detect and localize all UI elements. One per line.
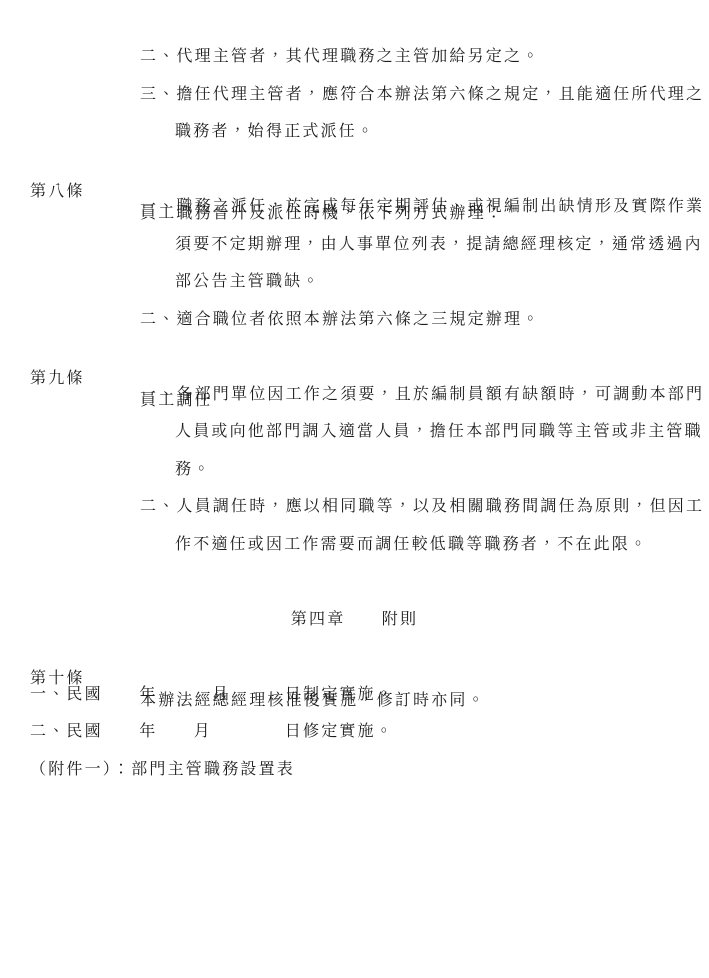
article-10-line: 第十條 本辦法經總經理核准後實施，修訂時亦同。 (0, 646, 709, 668)
enactment-date-line: 一、民國 年 月 日制定實施。 (30, 684, 394, 706)
clause-line-acting-manager-pay: 二、代理主管者，其代理職務之主管加給另定之。 (140, 46, 540, 68)
clause-line-appointment-timing: 一、職務之派任，於完成每年定期評估、或視編制出缺情形及實際作業 (140, 196, 704, 218)
article-9-number: 第九條 (30, 368, 85, 390)
clause-line-same-grade-transfer: 二、人員調任時，應以相同職等，以及相關職務間調任為原則，但因工 (140, 496, 704, 518)
document-page: 二、代理主管者，其代理職務之主管加給另定之。 三、擔任代理主管者，應符合本辦法第… (0, 0, 709, 978)
clause-line-department-transfer: 一、各部門單位因工作之須要，且於編制員額有缺額時，可調動本部門 (140, 384, 704, 406)
clause-line-continuation: 務。 (175, 459, 211, 481)
clause-line-continuation: 人員或向他部門調入適當人員，擔任本部門同職等主管或非主管職 (175, 421, 703, 443)
chapter-4-heading: 第四章 附則 (0, 609, 709, 631)
clause-line-suitable-position: 二、適合職位者依照本辦法第六條之三規定辦理。 (140, 309, 540, 331)
clause-line-continuation: 作不適任或因工作需要而調任較低職等職務者，不在此限。 (175, 534, 648, 556)
attachment-note-line: （附件一）：部門主管職務設置表 (30, 759, 295, 781)
amendment-date-line: 二、民國 年 月 日修定實施。 (30, 721, 394, 743)
clause-line-continuation: 須要不定期辦理，由人事單位列表，提請總經理核定，通常透過內 (175, 234, 703, 256)
article-8-line: 第八條 員工職務晉升及派任時機，依下列方式辦理： (0, 159, 709, 181)
article-8-number: 第八條 (30, 181, 85, 203)
clause-line-acting-manager-qualification: 三、擔任代理主管者，應符合本辦法第六條之規定，且能適任所代理之 (140, 84, 704, 106)
clause-line-continuation: 部公告主管職缺。 (175, 271, 321, 293)
clause-line-continuation: 職務者，始得正式派任。 (175, 121, 375, 143)
article-9-line: 第九條 員工調任 (0, 346, 709, 368)
